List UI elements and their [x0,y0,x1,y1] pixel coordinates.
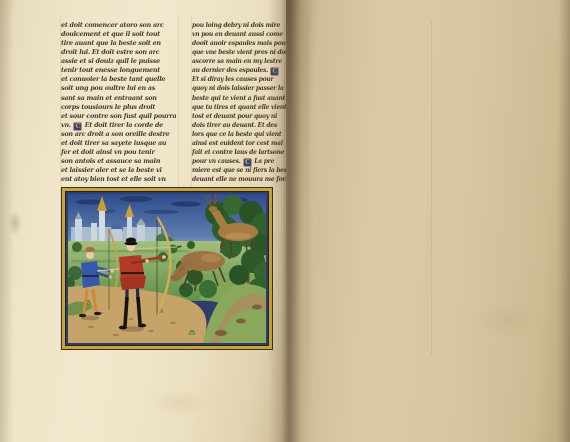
text-line: ascorre sa main en my lestre [192,57,284,66]
text-line: et doit tirer sa sayete iusque au [61,139,177,148]
miniature-hunting-scene [61,187,273,350]
text-line: et sour contre son fust quil pourra [61,112,177,121]
miniature-scene [63,192,273,343]
text-line: tire auant que la beste soit en [61,39,177,48]
text-line: et doit comencer atoro son arc [61,21,177,30]
left-column-1: et doit comencer atoro son arcdoulcement… [61,21,177,184]
text-line: et conuoier la beste tant quelle [61,75,177,84]
text-line: tost et deuant pour quoy ni [192,112,284,121]
left-page-edge-shade [0,0,14,442]
illuminated-initial: C [244,159,251,166]
text-line: droit lui. Et doit estre son arc [61,48,177,57]
text-line: fer et doit ainsi vn pou tenir [61,148,177,157]
text-line: au dernier des espaules. C [192,66,284,75]
right-page: Comme celle qui son ferue enpour suiuant… [286,0,570,442]
text-line: pou loing debry ni dois mire [192,21,284,30]
text-line: vn. C Et doit tirer la corde de [61,121,177,130]
ruling-line [284,0,285,442]
left-column-2: pou loing debry ni dois mirevn pou en de… [192,21,284,184]
left-page: et doit comencer atoro son arcdoulcement… [0,0,286,442]
text-line: doulcement et que il soit tout [61,30,177,39]
text-line: dois tirer au deuant. Et des [192,121,284,130]
text-line: et laissier aler et se la beste vi [61,166,177,175]
ruling-line [431,20,432,356]
text-line: lors que ce la beste qui vient [192,130,284,139]
text-line: que vne beste vient pres ni dois [192,48,284,57]
right-page-edge-shade [558,0,570,442]
text-line: fait et contre laus de lartsone [192,148,284,157]
text-line: miere est que se ni fiers la beste [192,166,284,175]
manuscript-spread: et doit comencer atoro son arcdoulcement… [0,0,570,442]
text-line: tenir tout enesse longuement [61,66,177,75]
text-line: quoy ni dois laissier passer la [192,84,284,93]
illuminated-initial: C [74,123,81,130]
text-line: sant sa main et entraant son [61,94,177,103]
illuminated-initial: C [271,68,278,75]
text-line: beste qui te vient a fust auant [192,94,284,103]
text-line: soit ung pou oultre lui en as [61,84,177,93]
arrowhead [177,246,182,247]
text-line: assie et si doulz quil le puisse [61,57,177,66]
text-line: vn pou en deuant aussi come [192,30,284,39]
ruling-line [178,16,179,188]
miniature-painting [61,187,273,350]
text-line: corps tousiours le plus droit [61,103,177,112]
text-line: son arc droit a son oreille destre [61,130,177,139]
text-line: son antois et assauce sa main [61,157,177,166]
text-line: pour vn causes. C La pre [192,157,284,166]
text-line: deuant elle ne mouura me fort [192,175,284,184]
text-line: Et si diray les causes pour [192,75,284,84]
text-line: ainsi est euident tor cest mal [192,139,284,148]
text-line: que tu tires et quant elle vient [192,103,284,112]
text-line: dooit auoir espaules mais pou [192,39,284,48]
ruling-line [307,20,308,356]
text-line: ent atoy bien tost et elle soit vn [61,175,177,184]
